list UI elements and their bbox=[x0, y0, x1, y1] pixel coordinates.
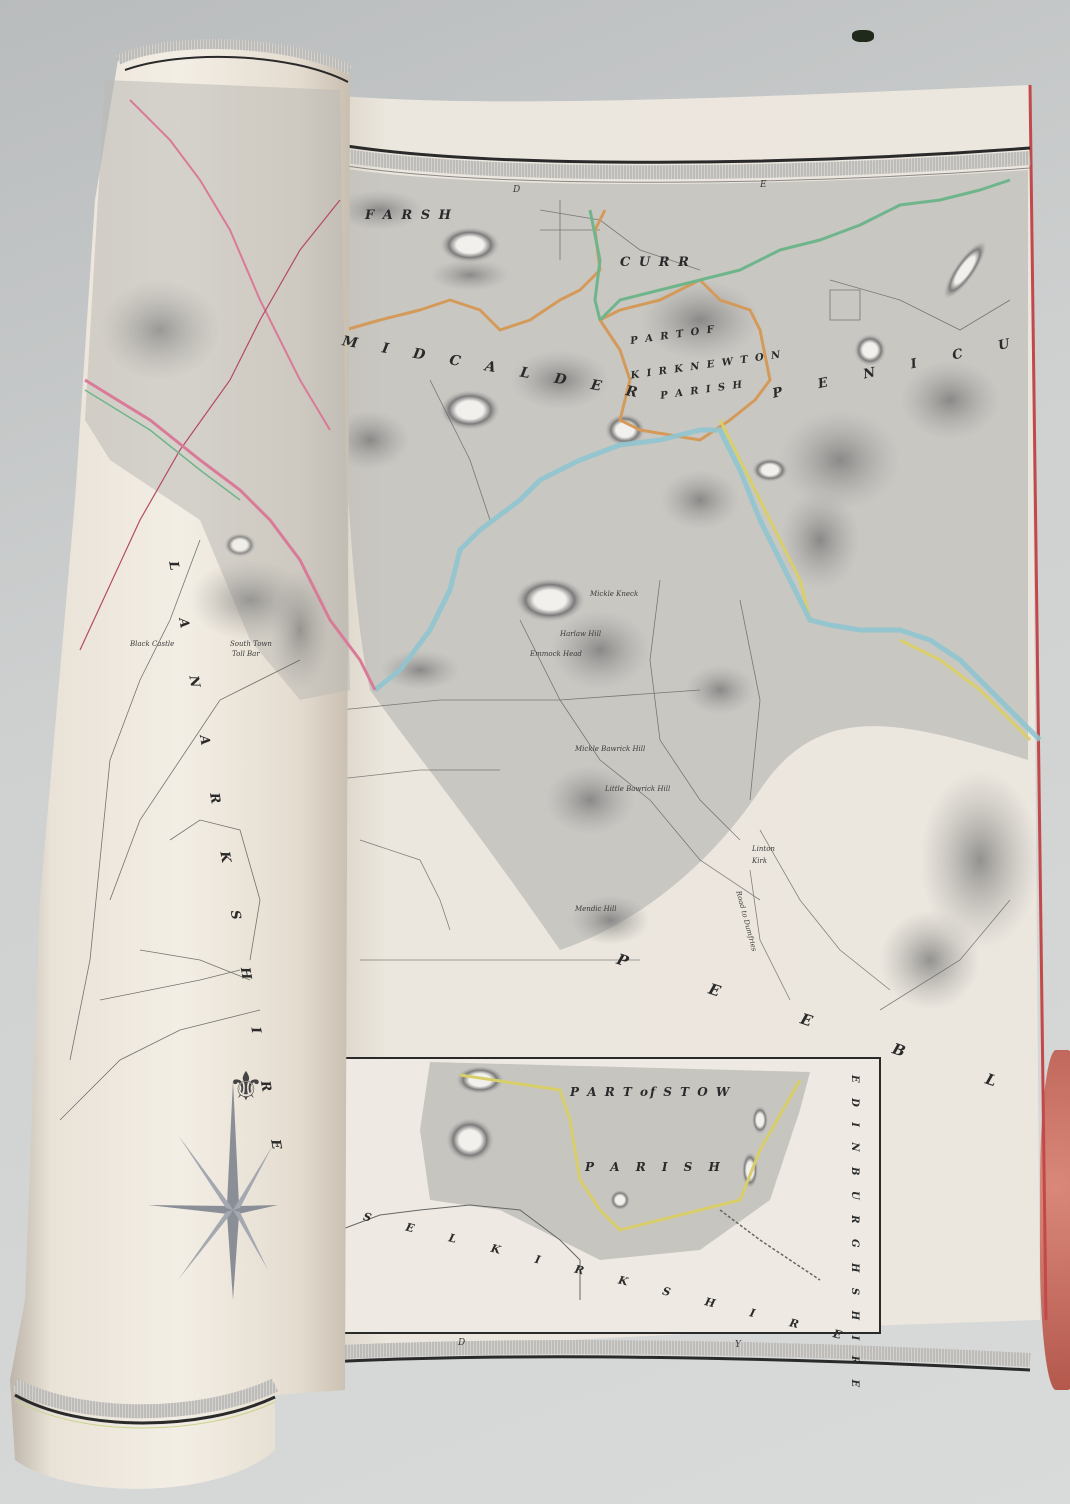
place-kirk: Kirk bbox=[752, 857, 767, 865]
map-photo: ⚜ bbox=[0, 0, 1070, 1504]
place-emmock-head: Emmock Head bbox=[530, 650, 582, 658]
inset-title-line1: P A R T of S T O W bbox=[570, 1085, 731, 1099]
grid-letter-bottom-y: Y bbox=[735, 1340, 741, 1350]
place-mickle-bawrick-hill: Mickle Bawrick Hill bbox=[575, 745, 645, 753]
place-harlaw-hill: Harlaw Hill bbox=[560, 630, 601, 638]
place-mickle-kneck: Mickle Kneck bbox=[590, 590, 638, 598]
place-mendic-hill: Mendic Hill bbox=[575, 905, 617, 913]
place-toll-bar: Toll Bar bbox=[232, 650, 260, 658]
grid-letter-top-e: E bbox=[760, 180, 767, 190]
place-little-bawrick-hill: Little Bawrick Hill bbox=[605, 785, 670, 793]
grid-letter-bottom-d: D bbox=[458, 1338, 465, 1348]
place-linton: Linton bbox=[752, 845, 775, 853]
region-label-currie: C U R R bbox=[620, 255, 691, 270]
region-label-farish: F A R S H bbox=[365, 208, 453, 223]
grid-letter-top-d: D bbox=[513, 185, 520, 195]
place-black-castle: Black Castle bbox=[130, 640, 174, 648]
inset-title-line2: P A R I S H bbox=[585, 1160, 726, 1174]
place-south-town: South Town bbox=[230, 640, 272, 648]
inset-county-edinburgh: E D I N B U R G H S H I R E bbox=[849, 1075, 860, 1393]
